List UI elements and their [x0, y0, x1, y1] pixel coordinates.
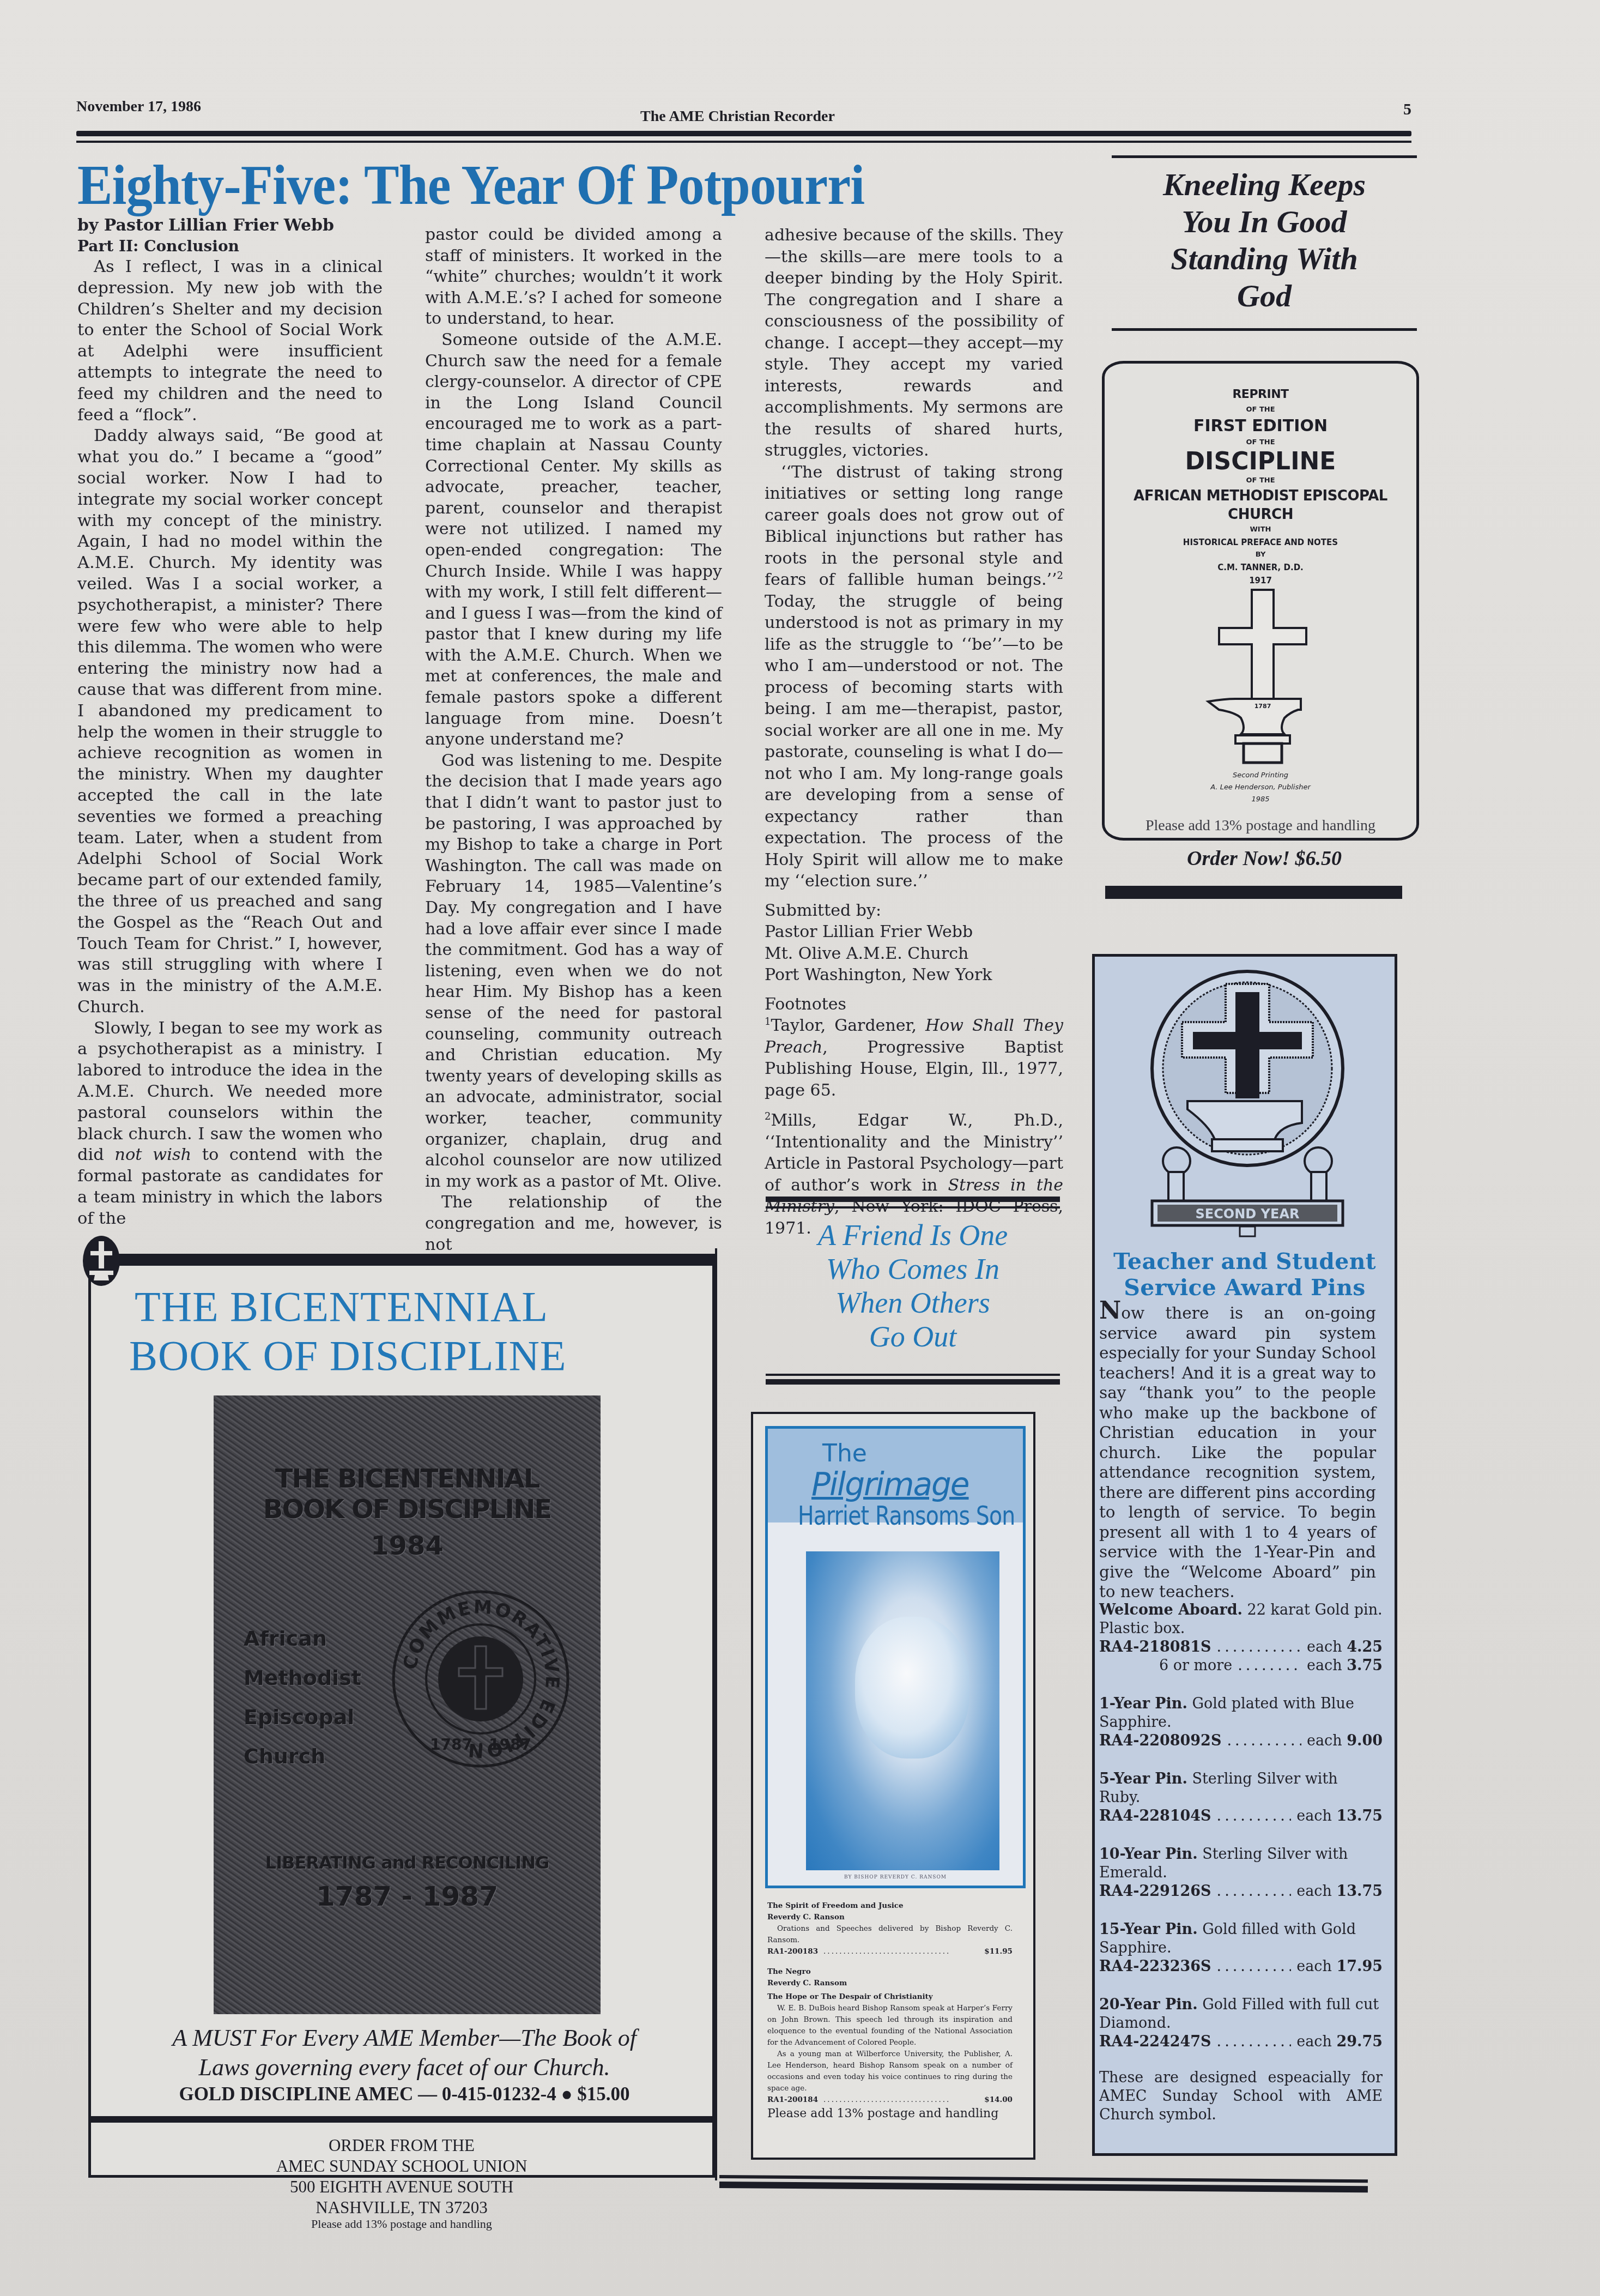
svg-text:1787 · 1987: 1787 · 1987	[430, 1736, 531, 1754]
pin-item[interactable]: 20-Year Pin. Gold Filled with full cut D…	[1099, 1996, 1383, 2051]
book-cover-image[interactable]: THE BICENTENNIAL BOOK OF DISCIPLINE 1984…	[214, 1395, 601, 2014]
pin-price-list: Welcome Aboard. 22 karat Gold pin. Plast…	[1099, 1601, 1383, 2124]
pin-item[interactable]: 15-Year Pin. Gold filled with Gold Sapph…	[1099, 1920, 1383, 1976]
footnotes-label: Footnotes	[765, 994, 1063, 1016]
paragraph: The relationship of the congregation and…	[425, 1192, 722, 1255]
article-column-1: by Pastor Lillian Frier Webb Part II: Co…	[77, 215, 383, 1230]
pilgrimage-book-list: The Spirit of Freedom and Jusice Reverdy…	[767, 1900, 1013, 2121]
cover-caption: BY BISHOP REVERDY C. RANSOM	[768, 1875, 1023, 1880]
gold-discipline-price[interactable]: GOLD DISCIPLINE AMEC — 0-415-01232-4 ● $…	[113, 2083, 696, 2105]
newspaper-page: November 17, 1986 The AME Christian Reco…	[0, 0, 1600, 2296]
pin-item[interactable]: 5-Year Pin. Sterling Silver with Ruby. R…	[1099, 1770, 1383, 1826]
kneeling-rule-top	[1112, 155, 1417, 158]
first-edition-ad[interactable]: REPRINT OF THE FIRST EDITION OF THE DISC…	[1102, 361, 1419, 841]
masthead-rule-thin	[76, 141, 1411, 143]
paper-title: The AME Christian Recorder	[640, 108, 835, 125]
pin-item[interactable]: 10-Year Pin. Sterling Silver with Emeral…	[1099, 1845, 1383, 1901]
bicentennial-ad-title: THE BICENTENNIAL BOOK OF DISCIPLINE	[129, 1282, 685, 1380]
first-edition-text: REPRINT OF THE FIRST EDITION OF THE DISC…	[1105, 385, 1416, 587]
pin-item[interactable]: Welcome Aboard. 22 karat Gold pin. Plast…	[1099, 1601, 1383, 1675]
cross-anvil-badge-icon	[82, 1235, 121, 1289]
svg-text:1787: 1787	[1254, 703, 1271, 710]
article-part: Part II: Conclusion	[77, 236, 383, 257]
friend-rule-top-thin	[766, 1206, 1060, 1209]
friend-quote: A Friend Is One Who Comes In When Others…	[766, 1218, 1060, 1354]
paragraph: God was listening to me. Despite the dec…	[425, 751, 722, 1192]
masthead-rule-thick	[76, 131, 1411, 136]
pilgrimage-book-ad: The Pilgrimage Harriet Ransoms Son BY BI…	[751, 1412, 1035, 2160]
award-pin-emblem-icon: SECOND YEAR	[1144, 968, 1351, 1240]
page-number: 5	[1403, 100, 1411, 119]
kneeling-rule-bottom	[1112, 328, 1417, 331]
friend-rule-bottom-thin	[766, 1374, 1060, 1376]
paragraph: As I reflect, I was in a clinical depres…	[77, 257, 383, 426]
pin-item[interactable]: 1-Year Pin. Gold plated with Blue Sapphi…	[1099, 1695, 1383, 1750]
commemorative-seal-icon: COMMEMORATIVE EDITION 1787 · 1987	[388, 1586, 573, 1772]
cover-church-name: African Methodist Episcopal Church	[244, 1619, 361, 1776]
order-rule	[1105, 886, 1402, 899]
bicentennial-tagline: A MUST For Every AME Member—The Book of …	[113, 2023, 696, 2082]
pin-ad-intro: Now there is an on-going service award p…	[1099, 1301, 1376, 1602]
service-award-pins-ad: SECOND YEAR Teacher and Student Service …	[1092, 954, 1397, 2156]
bottom-rule-thick	[719, 2182, 1368, 2192]
portrait-photo	[806, 1551, 999, 1870]
friend-rule-bottom	[766, 1379, 1060, 1385]
cover-title-band: The Pilgrimage Harriet Ransoms Son	[768, 1429, 1023, 1522]
ad-divider	[91, 2116, 712, 2123]
first-edition-printing: Second Printing A. Lee Henderson, Publis…	[1105, 770, 1416, 806]
cross-anvil-icon: 1787	[1203, 587, 1323, 767]
footnote-1: 1Taylor, Gardener, How Shall They Preach…	[765, 1015, 1063, 1101]
pin-ad-title: Teacher and Student Service Award Pins	[1095, 1248, 1395, 1301]
paragraph: Daddy always said, “Be good at what you …	[77, 426, 383, 1018]
submitted-by: Submitted by: Pastor Lillian Frier Webb …	[765, 900, 1063, 986]
article-column-2: pastor could be divided among a staff of…	[425, 225, 722, 1255]
pilgrimage-postage: Please add 13% postage and handling	[767, 2107, 1013, 2121]
order-now-price[interactable]: Order Now! $6.50	[1112, 847, 1417, 871]
kneeling-quote: Kneeling Keeps You In Good Standing With…	[1112, 166, 1417, 315]
paragraph: Slowly, I began to see my work as a psyc…	[77, 1018, 383, 1230]
bottom-rule-thin	[719, 2175, 1368, 2183]
article-headline: Eighty-Five: The Year Of Potpourri	[77, 153, 864, 217]
svg-text:SECOND YEAR: SECOND YEAR	[1196, 1206, 1300, 1222]
pilgrimage-book-cover[interactable]: The Pilgrimage Harriet Ransoms Son BY BI…	[765, 1426, 1026, 1888]
friend-rule-top	[766, 1197, 1060, 1202]
first-edition-postage: Please add 13% postage and handling	[1105, 817, 1416, 835]
paragraph: pastor could be divided among a staff of…	[425, 225, 722, 330]
column-divider	[715, 1248, 717, 2180]
paragraph: Someone outside of the A.M.E. Church saw…	[425, 330, 722, 751]
issue-date: November 17, 1986	[76, 98, 201, 116]
byline: by Pastor Lillian Frier Webb	[77, 215, 383, 236]
pin-ad-note: These are designed espeacially for AMEC …	[1099, 2069, 1383, 2124]
order-address: ORDER FROM THE AMEC SUNDAY SCHOOL UNION …	[91, 2135, 712, 2230]
book-price-row[interactable]: RA1-200183..............................…	[767, 1946, 1013, 1957]
paragraph: adhesive because of the skills. They—the…	[765, 225, 1063, 462]
book-price-row[interactable]: RA1-200184..............................…	[767, 2094, 1013, 2106]
article-column-3: adhesive because of the skills. They—the…	[765, 225, 1063, 1239]
paragraph: ‘‘The distrust of taking strong initiati…	[765, 462, 1063, 892]
bicentennial-discipline-ad: THE BICENTENNIAL BOOK OF DISCIPLINE THE …	[88, 1254, 715, 2178]
